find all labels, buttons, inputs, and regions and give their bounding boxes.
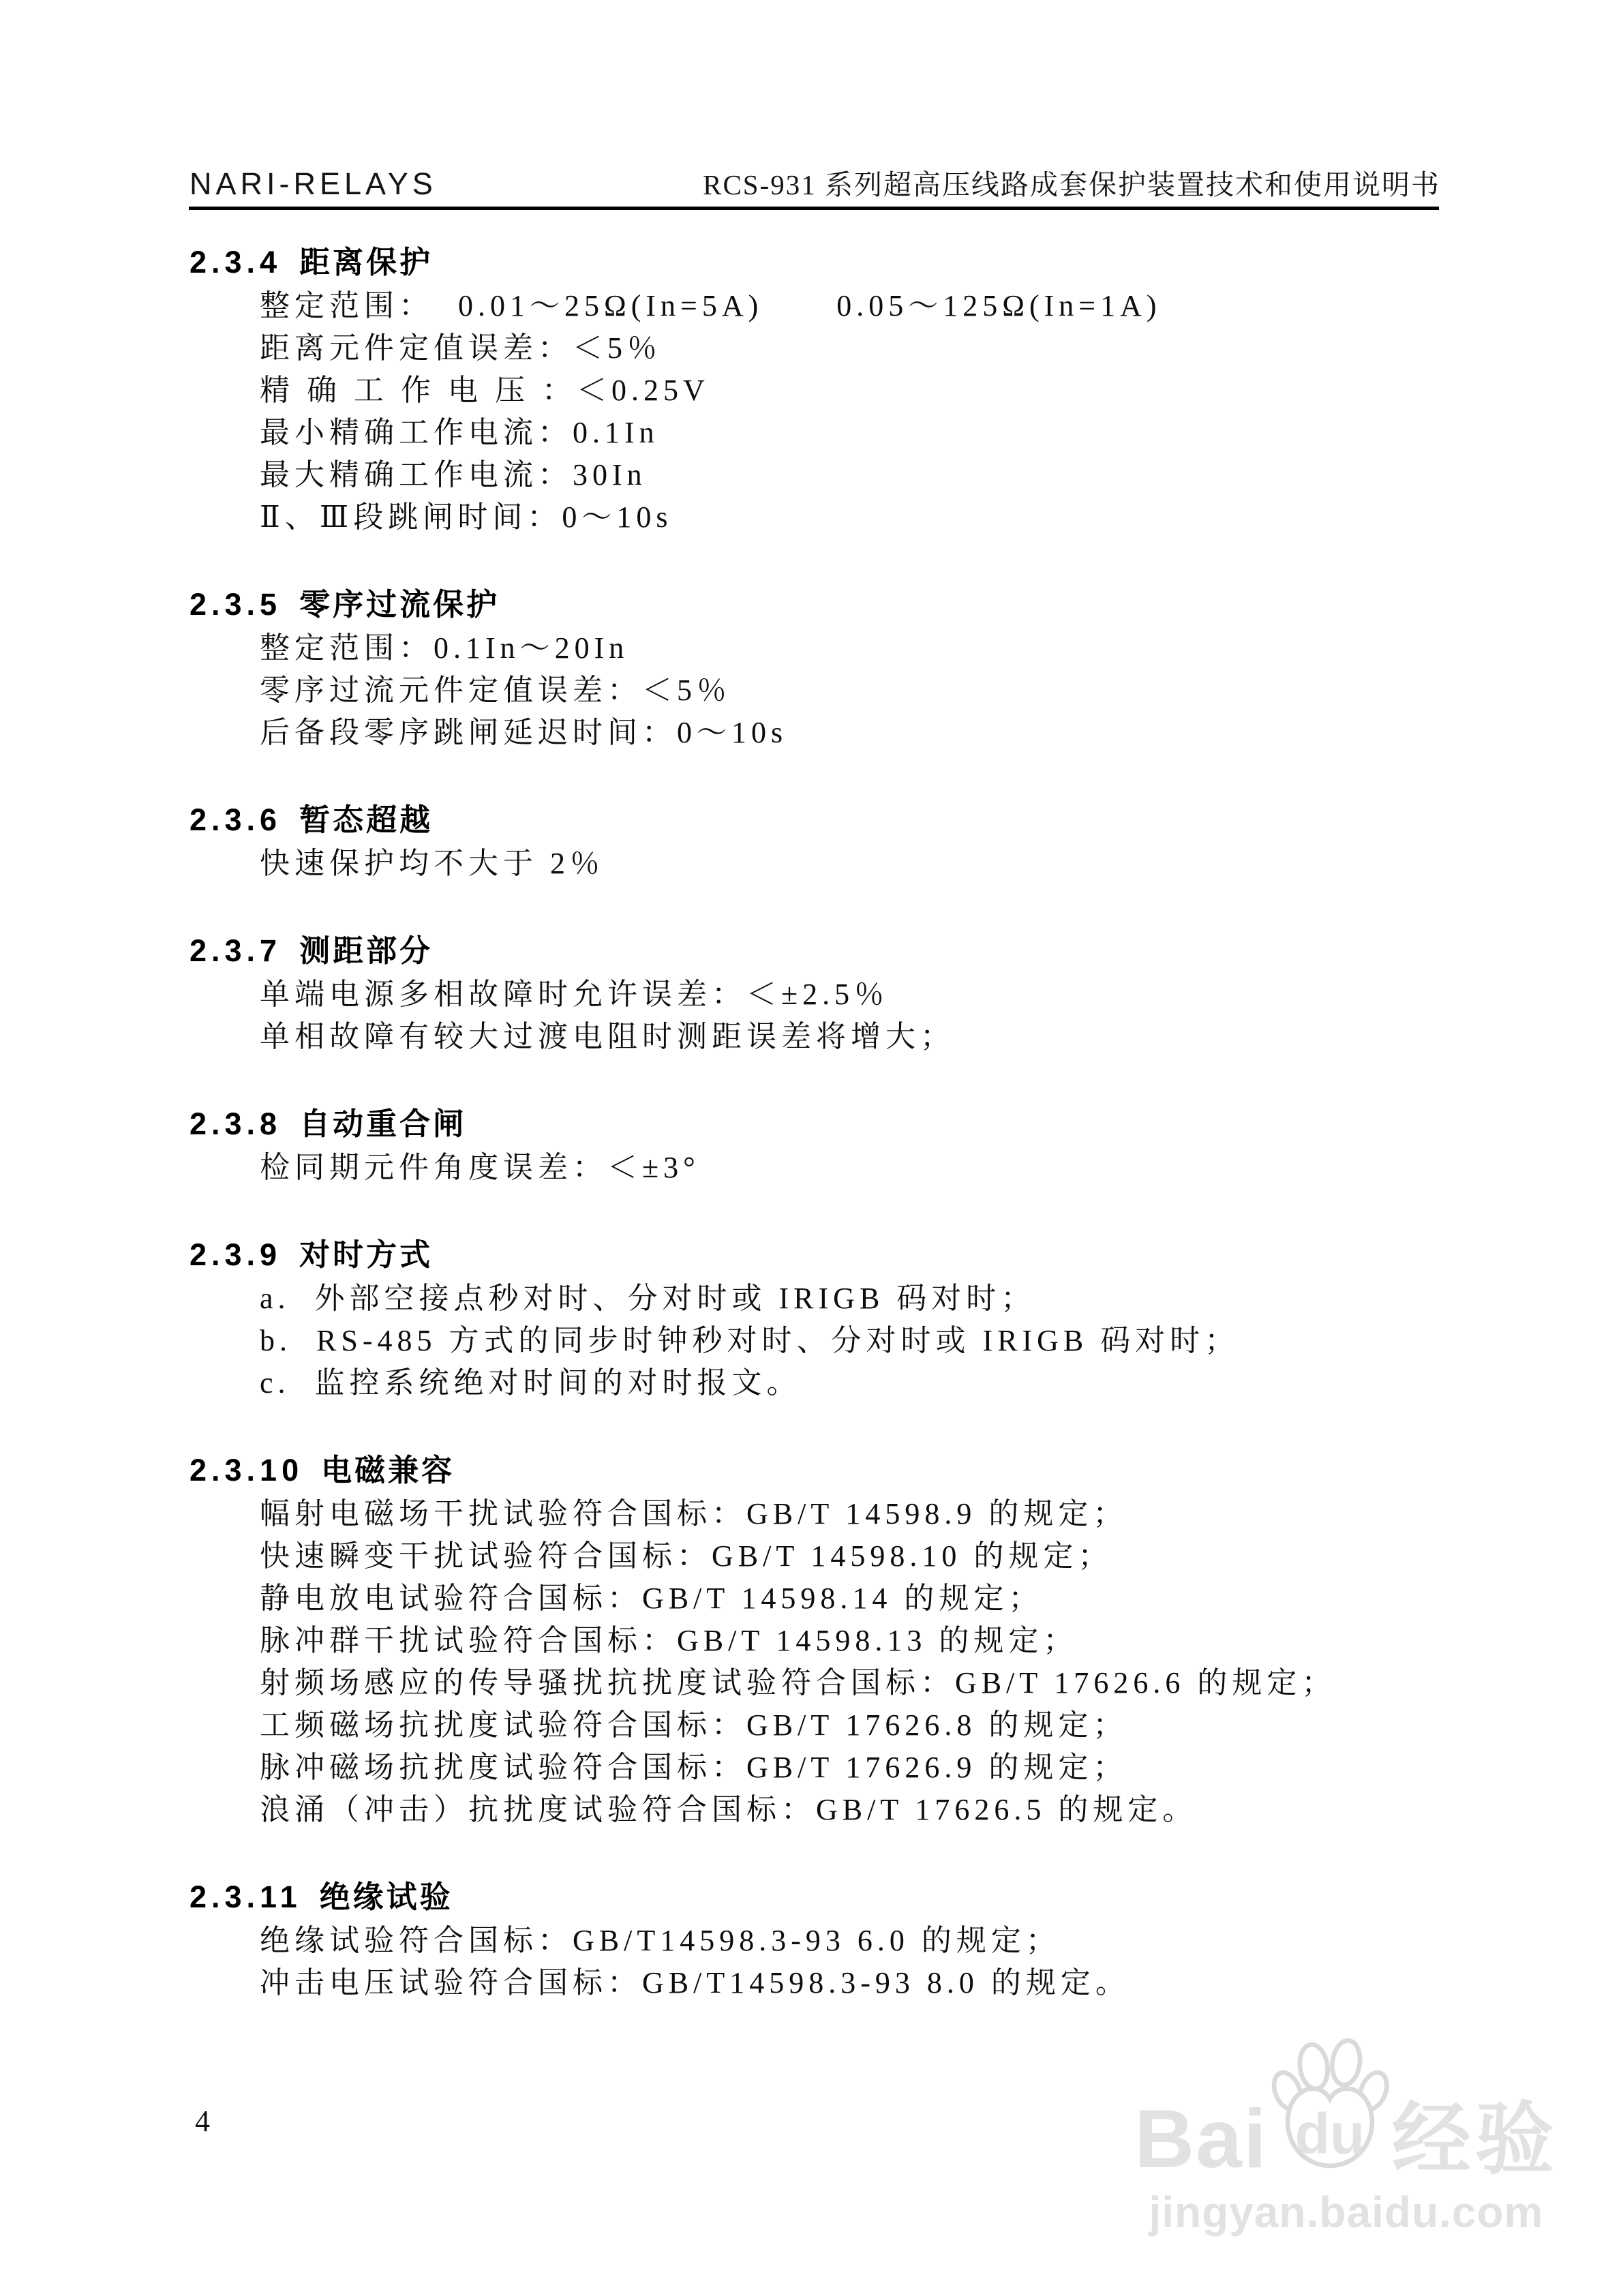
section-heading: 2.3.10电磁兼容 [189, 1448, 1444, 1493]
doc-title: RCS-931 系列超高压线路成套保护装置技术和使用说明书 [703, 162, 1440, 202]
section-title: 对时方式 [299, 1237, 433, 1272]
spec-line: 零序过流元件定值误差：＜5％ [189, 669, 1444, 712]
spec-section: 2.3.11绝缘试验 绝缘试验符合国标：GB/T14598.3-93 6.0 的… [189, 1875, 1444, 2004]
spec-line: 冲击电压试验符合国标：GB/T14598.3-93 8.0 的规定。 [189, 1962, 1444, 2004]
section-number: 2.3.11 [189, 1879, 302, 1914]
section-title: 测距部分 [299, 933, 433, 968]
spec-line: 快速保护均不大于 2％ [189, 843, 1444, 885]
spec-line: 最小精确工作电流：0.1In [189, 412, 1444, 454]
spec-line: 绝缘试验符合国标：GB/T14598.3-93 6.0 的规定； [189, 1920, 1444, 1962]
section-number: 2.3.6 [189, 802, 282, 837]
section-title: 自动重合闸 [299, 1106, 466, 1141]
spec-section: 2.3.4距离保护 整定范围： 0.01～25Ω(In=5A) 0.05～125… [189, 240, 1444, 539]
spec-section: 2.3.7测距部分 单端电源多相故障时允许误差：＜±2.5％ 单相故障有较大过渡… [189, 928, 1444, 1058]
section-title: 距离保护 [299, 245, 433, 280]
section-number: 2.3.5 [189, 587, 282, 622]
spec-line: 幅射电磁场干扰试验符合国标：GB/T 14598.9 的规定； [189, 1493, 1444, 1535]
section-lines: 单端电源多相故障时允许误差：＜±2.5％ 单相故障有较大过渡电阻时测距误差将增大… [189, 973, 1444, 1058]
spec-section: 2.3.6暂态超越 快速保护均不大于 2％ [189, 798, 1444, 885]
spec-line: c. 监控系统绝对时间的对时报文。 [189, 1362, 1444, 1404]
baidu-logo-text-du: du [1295, 2105, 1365, 2162]
section-heading: 2.3.6暂态超越 [189, 798, 1444, 843]
document-page: NARI-RELAYS RCS-931 系列超高压线路成套保护装置技术和使用说明… [0, 0, 1623, 2296]
section-number: 2.3.4 [189, 245, 282, 280]
brand-logo-text: NARI-RELAYS [189, 166, 437, 202]
spec-line: 检同期元件角度误差：＜±3° [189, 1147, 1444, 1189]
section-heading: 2.3.11绝缘试验 [189, 1875, 1444, 1920]
baidu-paw-icon: du [1269, 2025, 1391, 2180]
baidu-jingyan-watermark: Bai du 经验 jingyan.baidu.com [1128, 2025, 1564, 2237]
spec-section: 2.3.8自动重合闸 检同期元件角度误差：＜±3° [189, 1102, 1444, 1189]
spec-line: 单端电源多相故障时允许误差：＜±2.5％ [189, 973, 1444, 1016]
baidu-logo-text-jingyan: 经验 [1392, 2100, 1558, 2180]
section-number: 2.3.9 [189, 1237, 282, 1272]
section-number: 2.3.8 [189, 1106, 282, 1141]
spec-line: 脉冲群干扰试验符合国标：GB/T 14598.13 的规定； [189, 1620, 1444, 1662]
baidu-logo-text-bai: Bai [1134, 2097, 1268, 2180]
section-heading: 2.3.4距离保护 [189, 240, 1444, 285]
spec-line: 后备段零序跳闸延迟时间：0～10s [189, 712, 1444, 754]
header-rule [189, 207, 1439, 210]
spec-line: 单相故障有较大过渡电阻时测距误差将增大； [189, 1016, 1444, 1058]
spec-line: 整定范围：0.1In～20In [189, 627, 1444, 669]
watermark-url: jingyan.baidu.com [1149, 2187, 1544, 2237]
section-lines: 检同期元件角度误差：＜±3° [189, 1147, 1444, 1189]
spec-line: 静电放电试验符合国标：GB/T 14598.14 的规定； [189, 1577, 1444, 1620]
baidu-logo: Bai du 经验 [1134, 2025, 1558, 2180]
section-heading: 2.3.5零序过流保护 [189, 582, 1444, 627]
section-title: 暂态超越 [299, 802, 433, 837]
spec-line: 脉冲磁场抗扰度试验符合国标：GB/T 17626.9 的规定； [189, 1747, 1444, 1789]
section-number: 2.3.10 [189, 1453, 303, 1487]
content: 2.3.4距离保护 整定范围： 0.01～25Ω(In=5A) 0.05～125… [189, 240, 1444, 2004]
section-title: 零序过流保护 [299, 587, 500, 622]
spec-line: 快速瞬变干扰试验符合国标：GB/T 14598.10 的规定； [189, 1535, 1444, 1577]
spec-section: 2.3.9对时方式 a. 外部空接点秒对时、分对时或 IRIGB 码对时； b.… [189, 1233, 1444, 1404]
spec-line: 距离元件定值误差：＜5％ [189, 327, 1444, 369]
section-title: 绝缘试验 [320, 1879, 453, 1914]
spec-line: 射频场感应的传导骚扰抗扰度试验符合国标：GB/T 17626.6 的规定； [189, 1662, 1444, 1704]
section-heading: 2.3.9对时方式 [189, 1233, 1444, 1278]
spec-line: 最大精确工作电流：30In [189, 454, 1444, 496]
section-lines: 绝缘试验符合国标：GB/T14598.3-93 6.0 的规定； 冲击电压试验符… [189, 1920, 1444, 2004]
section-lines: a. 外部空接点秒对时、分对时或 IRIGB 码对时； b. RS-485 方式… [189, 1278, 1444, 1404]
spec-line: 精 确 工 作 电 压 ：＜0.25V [189, 369, 1444, 412]
spec-line: 工频磁场抗扰度试验符合国标：GB/T 17626.8 的规定； [189, 1704, 1444, 1747]
spec-line: b. RS-485 方式的同步时钟秒对时、分对时或 IRIGB 码对时； [189, 1320, 1444, 1362]
section-number: 2.3.7 [189, 933, 282, 968]
spec-line: a. 外部空接点秒对时、分对时或 IRIGB 码对时； [189, 1278, 1444, 1320]
spec-section: 2.3.5零序过流保护 整定范围：0.1In～20In 零序过流元件定值误差：＜… [189, 582, 1444, 754]
section-lines: 快速保护均不大于 2％ [189, 843, 1444, 885]
spec-line: 整定范围： 0.01～25Ω(In=5A) 0.05～125Ω(In=1A) [189, 285, 1444, 327]
section-lines: 整定范围：0.1In～20In 零序过流元件定值误差：＜5％ 后备段零序跳闸延迟… [189, 627, 1444, 754]
spec-line: 浪涌（冲击）抗扰度试验符合国标：GB/T 17626.5 的规定。 [189, 1789, 1444, 1831]
spec-section: 2.3.10电磁兼容 幅射电磁场干扰试验符合国标：GB/T 14598.9 的规… [189, 1448, 1444, 1831]
page-number: 4 [195, 2104, 210, 2139]
section-heading: 2.3.8自动重合闸 [189, 1102, 1444, 1147]
section-heading: 2.3.7测距部分 [189, 928, 1444, 973]
section-title: 电磁兼容 [321, 1453, 455, 1487]
section-lines: 整定范围： 0.01～25Ω(In=5A) 0.05～125Ω(In=1A) 距… [189, 285, 1444, 539]
spec-line: Ⅱ、Ⅲ段跳闸时间：0～10s [189, 496, 1444, 539]
page-header: NARI-RELAYS RCS-931 系列超高压线路成套保护装置技术和使用说明… [189, 162, 1440, 202]
section-lines: 幅射电磁场干扰试验符合国标：GB/T 14598.9 的规定； 快速瞬变干扰试验… [189, 1493, 1444, 1831]
